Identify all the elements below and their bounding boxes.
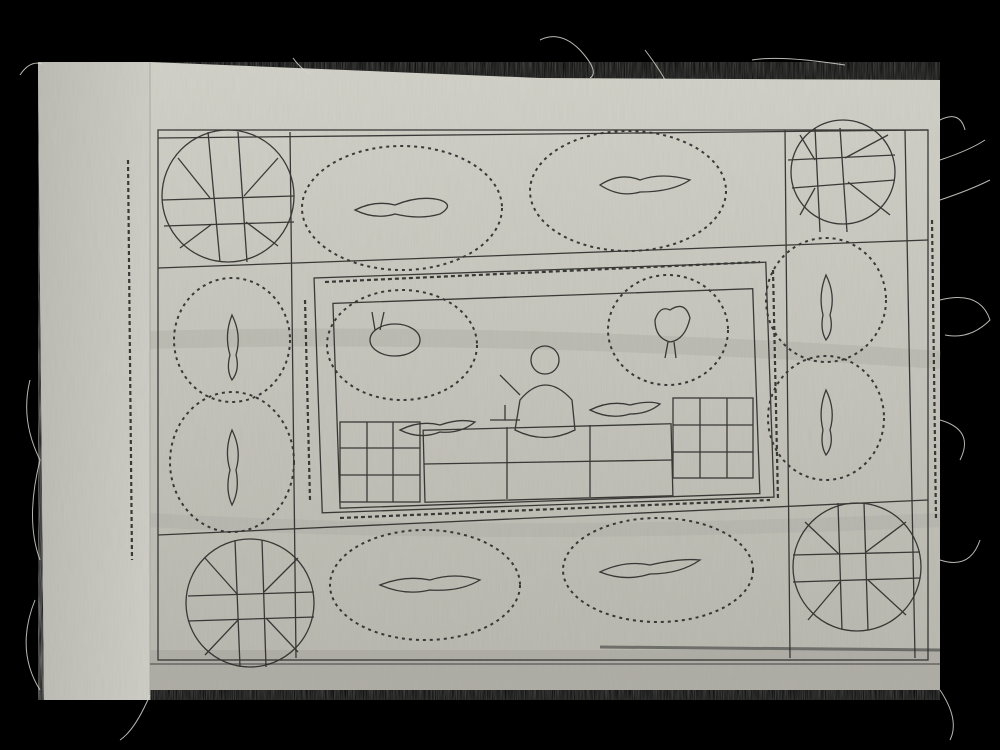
yantra-cloth-photo — [0, 0, 1000, 750]
